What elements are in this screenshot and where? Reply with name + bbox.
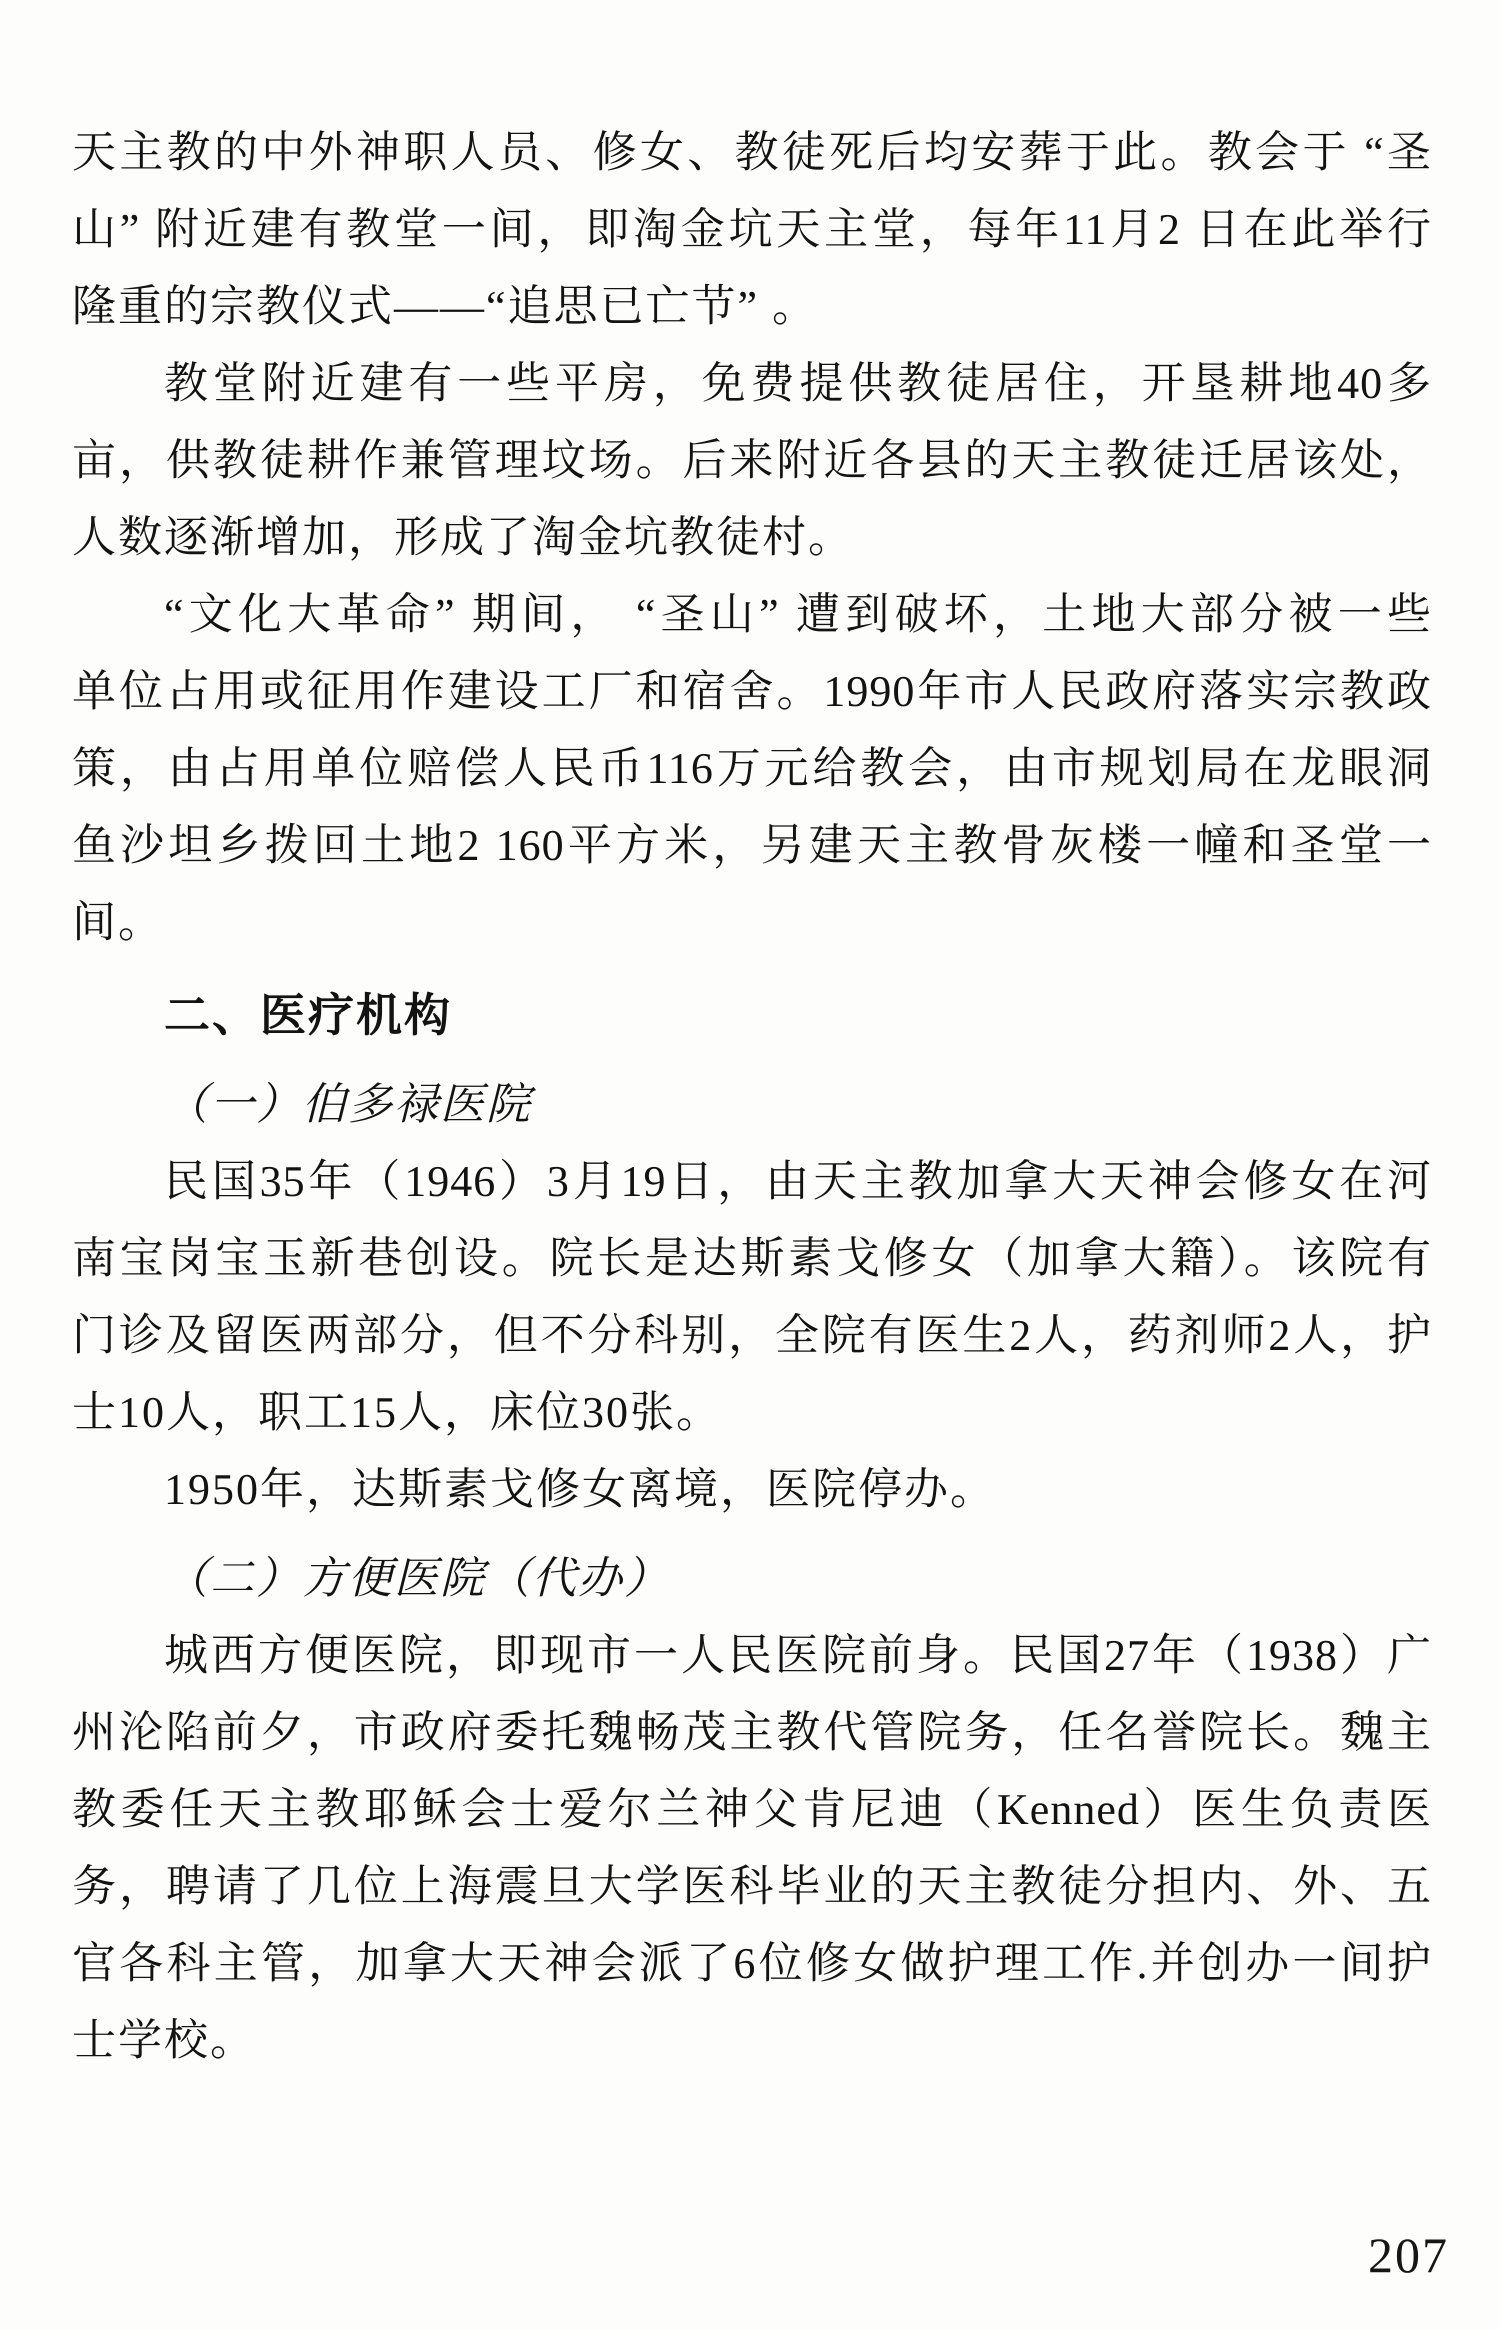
- subheading: （一）伯多禄医院: [72, 1066, 1432, 1143]
- text-line: 隆重的宗教仪式——“追思已亡节” 。: [72, 268, 1432, 345]
- paragraph: 教堂附近建有一些平房，免费提供教徒居住，开垦耕地40多亩，供教徒耕作兼管理坟场。…: [72, 345, 1432, 576]
- text-line: 人数逐渐增加，形成了淘金坑教徒村。: [72, 499, 1432, 576]
- text-line: 策，由占用单位赔偿人民币116万元给教会，由市规划局在龙眼洞: [72, 730, 1432, 807]
- text-line: 鱼沙坦乡拨回土地2 160平方米，另建天主教骨灰楼一幢和圣堂一: [72, 807, 1432, 884]
- text-line: 1950年，达斯素戈修女离境，医院停办。: [72, 1451, 1432, 1528]
- text-line: 天主教的中外神职人员、修女、教徒死后均安葬于此。教会于 “圣: [72, 114, 1432, 191]
- text-line: 教委任天主教耶稣会士爱尔兰神父肯尼迪（Kenned）医生负责医: [72, 1771, 1432, 1848]
- text-line: 民国35年（1946）3月19日，由天主教加拿大天神会修女在河: [72, 1143, 1432, 1220]
- text-line: 亩，供教徒耕作兼管理坟场。后来附近各县的天主教徒迁居该处，: [72, 422, 1432, 499]
- subheading: （二）方便医院（代办）: [72, 1540, 1432, 1617]
- page-text-block: 天主教的中外神职人员、修女、教徒死后均安葬于此。教会于 “圣山” 附近建有教堂一…: [72, 114, 1432, 2079]
- text-line: 城西方便医院，即现市一人民医院前身。民国27年（1938）广: [72, 1617, 1432, 1694]
- text-line: 南宝岗宝玉新巷创设。院长是达斯素戈修女（加拿大籍）。该院有: [72, 1220, 1432, 1297]
- text-line: 士10人，职工15人，床位30张。: [72, 1374, 1432, 1451]
- text-line: 山” 附近建有教堂一间，即淘金坑天主堂，每年11月2 日在此举行: [72, 191, 1432, 268]
- text-line: 门诊及留医两部分，但不分科别，全院有医生2人，药剂师2人，护: [72, 1297, 1432, 1374]
- text-line: “文化大革命” 期间， “圣山” 遭到破坏，土地大部分被一些: [72, 576, 1432, 653]
- paragraph: 1950年，达斯素戈修女离境，医院停办。: [72, 1451, 1432, 1528]
- heading: 二、医疗机构: [72, 977, 1432, 1054]
- text-line: 官各科主管，加拿大天神会派了6位修女做护理工作.并创办一间护: [72, 1925, 1432, 2002]
- text-line: 间。: [72, 884, 1432, 961]
- text-line: （一）伯多禄医院: [72, 1066, 1432, 1143]
- text-line: 二、医疗机构: [72, 977, 1432, 1054]
- text-line: 务，聘请了几位上海震旦大学医科毕业的天主教徒分担内、外、五: [72, 1848, 1432, 1925]
- text-line: 州沦陷前夕，市政府委托魏畅茂主教代管院务，任名誉院长。魏主: [72, 1694, 1432, 1771]
- paragraph: 天主教的中外神职人员、修女、教徒死后均安葬于此。教会于 “圣山” 附近建有教堂一…: [72, 114, 1432, 345]
- text-line: （二）方便医院（代办）: [72, 1540, 1432, 1617]
- text-line: 士学校。: [72, 2002, 1432, 2079]
- paragraph: 城西方便医院，即现市一人民医院前身。民国27年（1938）广州沦陷前夕，市政府委…: [72, 1617, 1432, 2079]
- text-line: 单位占用或征用作建设工厂和宿舍。1990年市人民政府落实宗教政: [72, 653, 1432, 730]
- scanned-book-page: 天主教的中外神职人员、修女、教徒死后均安葬于此。教会于 “圣山” 附近建有教堂一…: [0, 0, 1500, 2330]
- text-line: 教堂附近建有一些平房，免费提供教徒居住，开垦耕地40多: [72, 345, 1432, 422]
- page-number: 207: [1368, 2230, 1449, 2280]
- paragraph: “文化大革命” 期间， “圣山” 遭到破坏，土地大部分被一些单位占用或征用作建设…: [72, 576, 1432, 961]
- paragraph: 民国35年（1946）3月19日，由天主教加拿大天神会修女在河南宝岗宝玉新巷创设…: [72, 1143, 1432, 1451]
